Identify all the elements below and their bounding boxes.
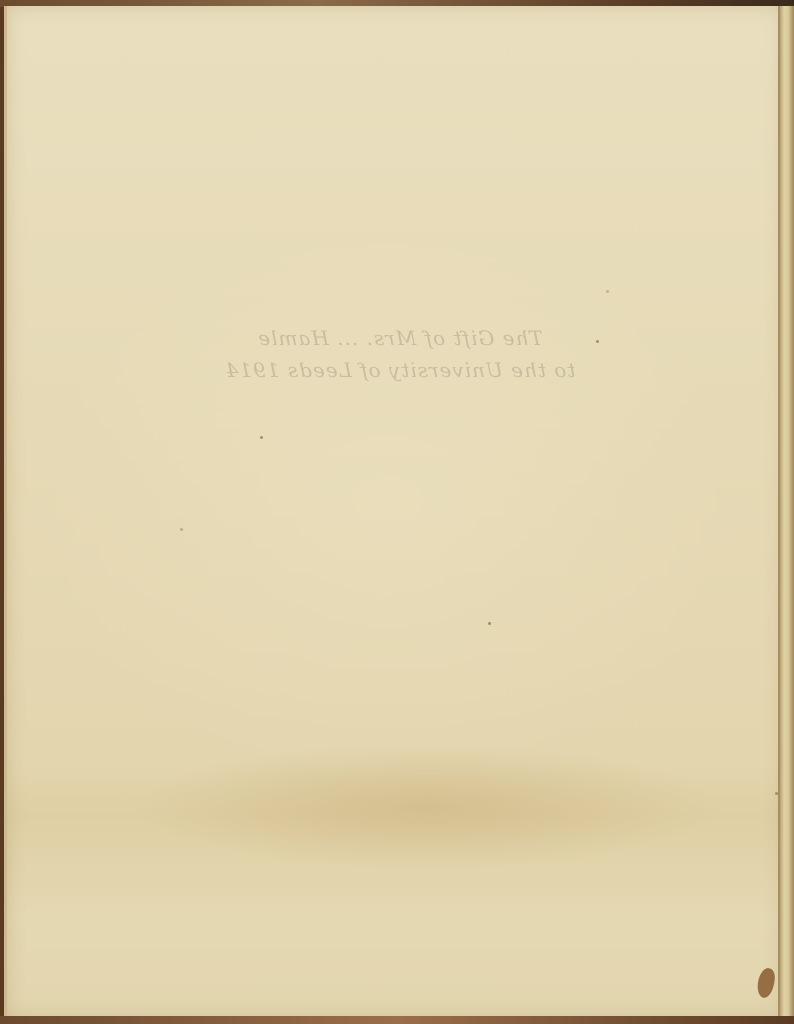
book-bottom-edge [0, 1016, 794, 1024]
speck [606, 290, 609, 293]
speck [596, 340, 599, 343]
speck [488, 622, 491, 625]
book-fore-edge [780, 6, 794, 1018]
speck [775, 792, 778, 795]
blank-page [4, 6, 783, 1018]
speck [260, 436, 263, 439]
inscription-line-1: The Gift of Mrs. ... Hamle [170, 322, 630, 354]
speck [180, 528, 183, 531]
bleed-through-inscription: The Gift of Mrs. ... Hamle to the Univer… [170, 322, 630, 386]
inscription-line-2: to the University of Leeds 1914 [170, 354, 630, 386]
